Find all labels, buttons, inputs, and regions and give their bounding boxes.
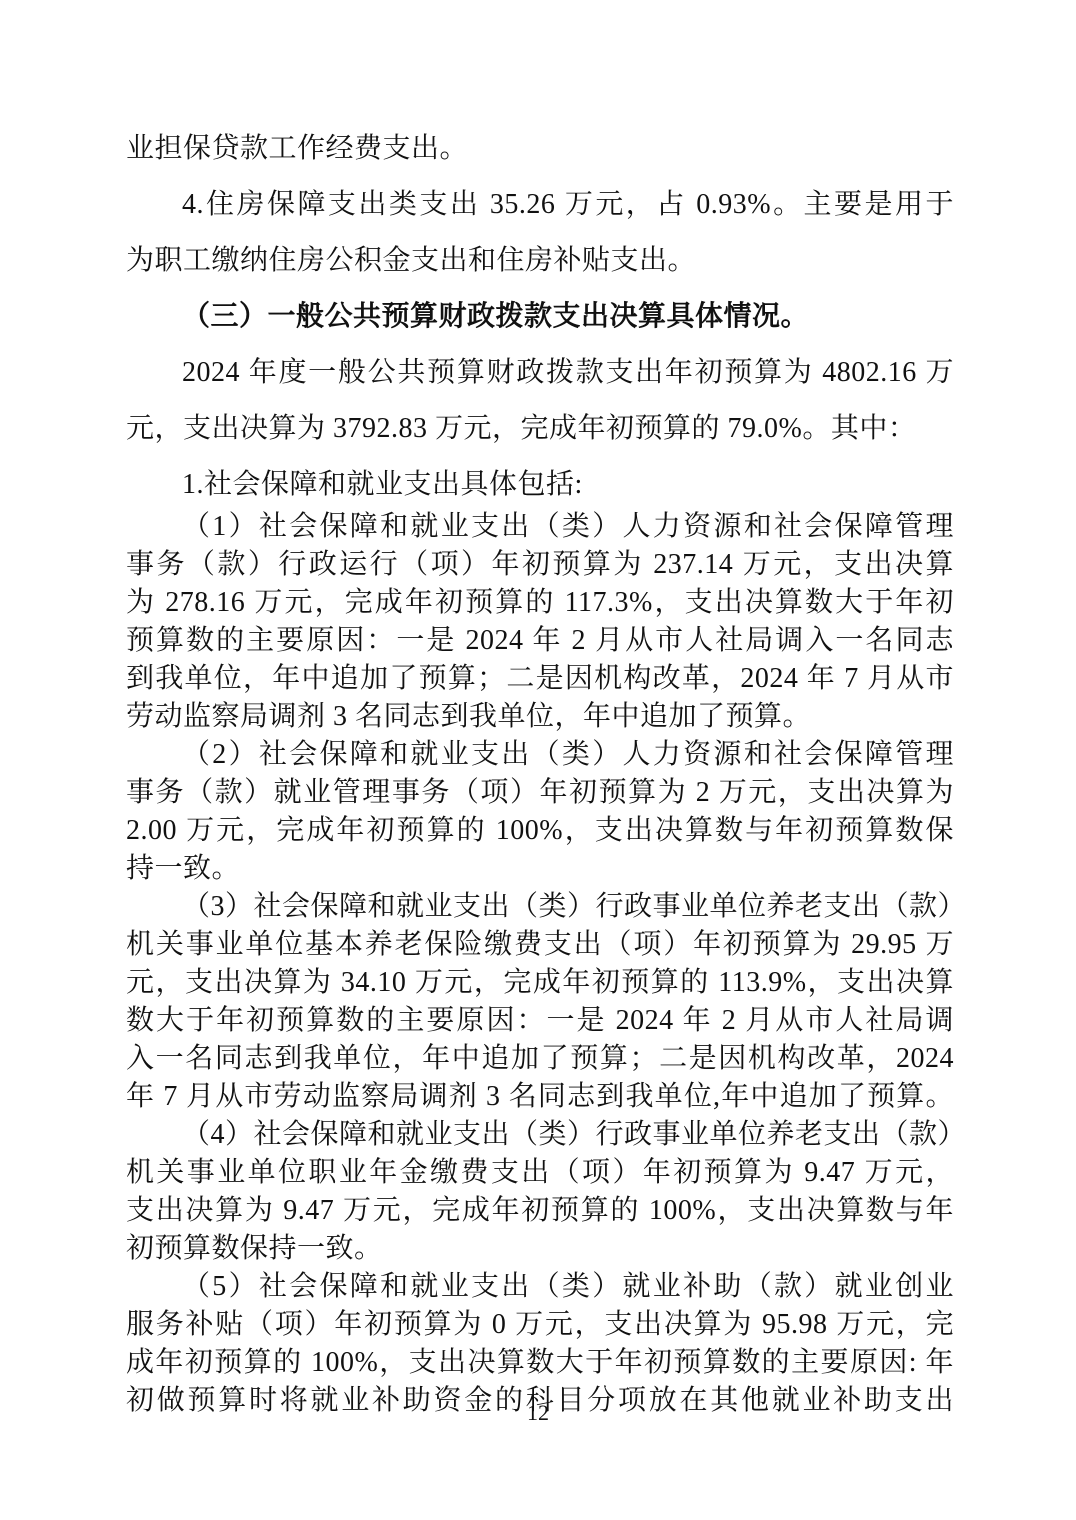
text-line: （2）社会保障和就业支出（类）人力资源和社会保障管理 (126, 736, 954, 774)
text-line: 入一名同志到我单位，年中追加了预算；二是因机构改革，2024 (126, 1040, 954, 1078)
text-line: （4）社会保障和就业支出（类）行政事业单位养老支出（款） (126, 1116, 954, 1154)
text-line: 元，支出决算为 34.10 万元，完成年初预算的 113.9%，支出决算 (126, 964, 954, 1002)
text-line: 业担保贷款工作经费支出。 (126, 121, 954, 177)
document-page: 业担保贷款工作经费支出。 4.住房保障支出类支出 35.26 万元，占 0.93… (0, 0, 1076, 1520)
text-line: 数大于年初预算数的主要原因：一是 2024 年 2 月从市人社局调 (126, 1002, 954, 1040)
text-line: 元，支出决算为 3792.83 万元，完成年初预算的 79.0%。其中： (126, 401, 954, 457)
text-line: 服务补贴（项）年初预算为 0 万元，支出决算为 95.98 万元，完 (126, 1306, 954, 1344)
page-number: 12 (0, 1398, 1076, 1428)
text-line: 初预算数保持一致。 (126, 1230, 954, 1268)
text-line: 2024 年度一般公共预算财政拨款支出年初预算为 4802.16 万 (126, 345, 954, 401)
lower-text-block: （1）社会保障和就业支出（类）人力资源和社会保障管理 事务（款）行政运行（项）年… (126, 508, 954, 1420)
text-line: 预算数的主要原因：一是 2024 年 2 月从市人社局调入一名同志 (126, 622, 954, 660)
text-line: 4.住房保障支出类支出 35.26 万元，占 0.93%。主要是用于 (126, 177, 954, 233)
text-line: 为职工缴纳住房公积金支出和住房补贴支出。 (126, 233, 954, 289)
text-line: 机关事业单位职业年金缴费支出（项）年初预算为 9.47 万元， (126, 1154, 954, 1192)
section-heading: （三）一般公共预算财政拨款支出决算具体情况。 (126, 289, 954, 345)
text-line: 2.00 万元，完成年初预算的 100%，支出决算数与年初预算数保 (126, 812, 954, 850)
text-line: 成年初预算的 100%，支出决算数大于年初预算数的主要原因: 年 (126, 1344, 954, 1382)
text-line: 支出决算为 9.47 万元，完成年初预算的 100%，支出决算数与年 (126, 1192, 954, 1230)
text-line: 持一致。 (126, 850, 954, 888)
text-line: 事务（款）就业管理事务（项）年初预算为 2 万元，支出决算为 (126, 774, 954, 812)
list-intro-line: 1.社会保障和就业支出具体包括: (126, 457, 954, 513)
text-line: 事务（款）行政运行（项）年初预算为 237.14 万元，支出决算 (126, 546, 954, 584)
text-line: 为 278.16 万元，完成年初预算的 117.3%，支出决算数大于年初 (126, 584, 954, 622)
text-line: 劳动监察局调剂 3 名同志到我单位，年中追加了预算。 (126, 698, 954, 736)
text-line: 机关事业单位基本养老保险缴费支出（项）年初预算为 29.95 万 (126, 926, 954, 964)
text-line: 到我单位，年中追加了预算；二是因机构改革，2024 年 7 月从市 (126, 660, 954, 698)
text-line: 年 7 月从市劳动监察局调剂 3 名同志到我单位,年中追加了预算。 (126, 1078, 954, 1116)
upper-text-block: 业担保贷款工作经费支出。 4.住房保障支出类支出 35.26 万元，占 0.93… (126, 121, 954, 513)
text-line: （5）社会保障和就业支出（类）就业补助（款）就业创业 (126, 1268, 954, 1306)
text-line: （1）社会保障和就业支出（类）人力资源和社会保障管理 (126, 508, 954, 546)
text-line: （3）社会保障和就业支出（类）行政事业单位养老支出（款） (126, 888, 954, 926)
